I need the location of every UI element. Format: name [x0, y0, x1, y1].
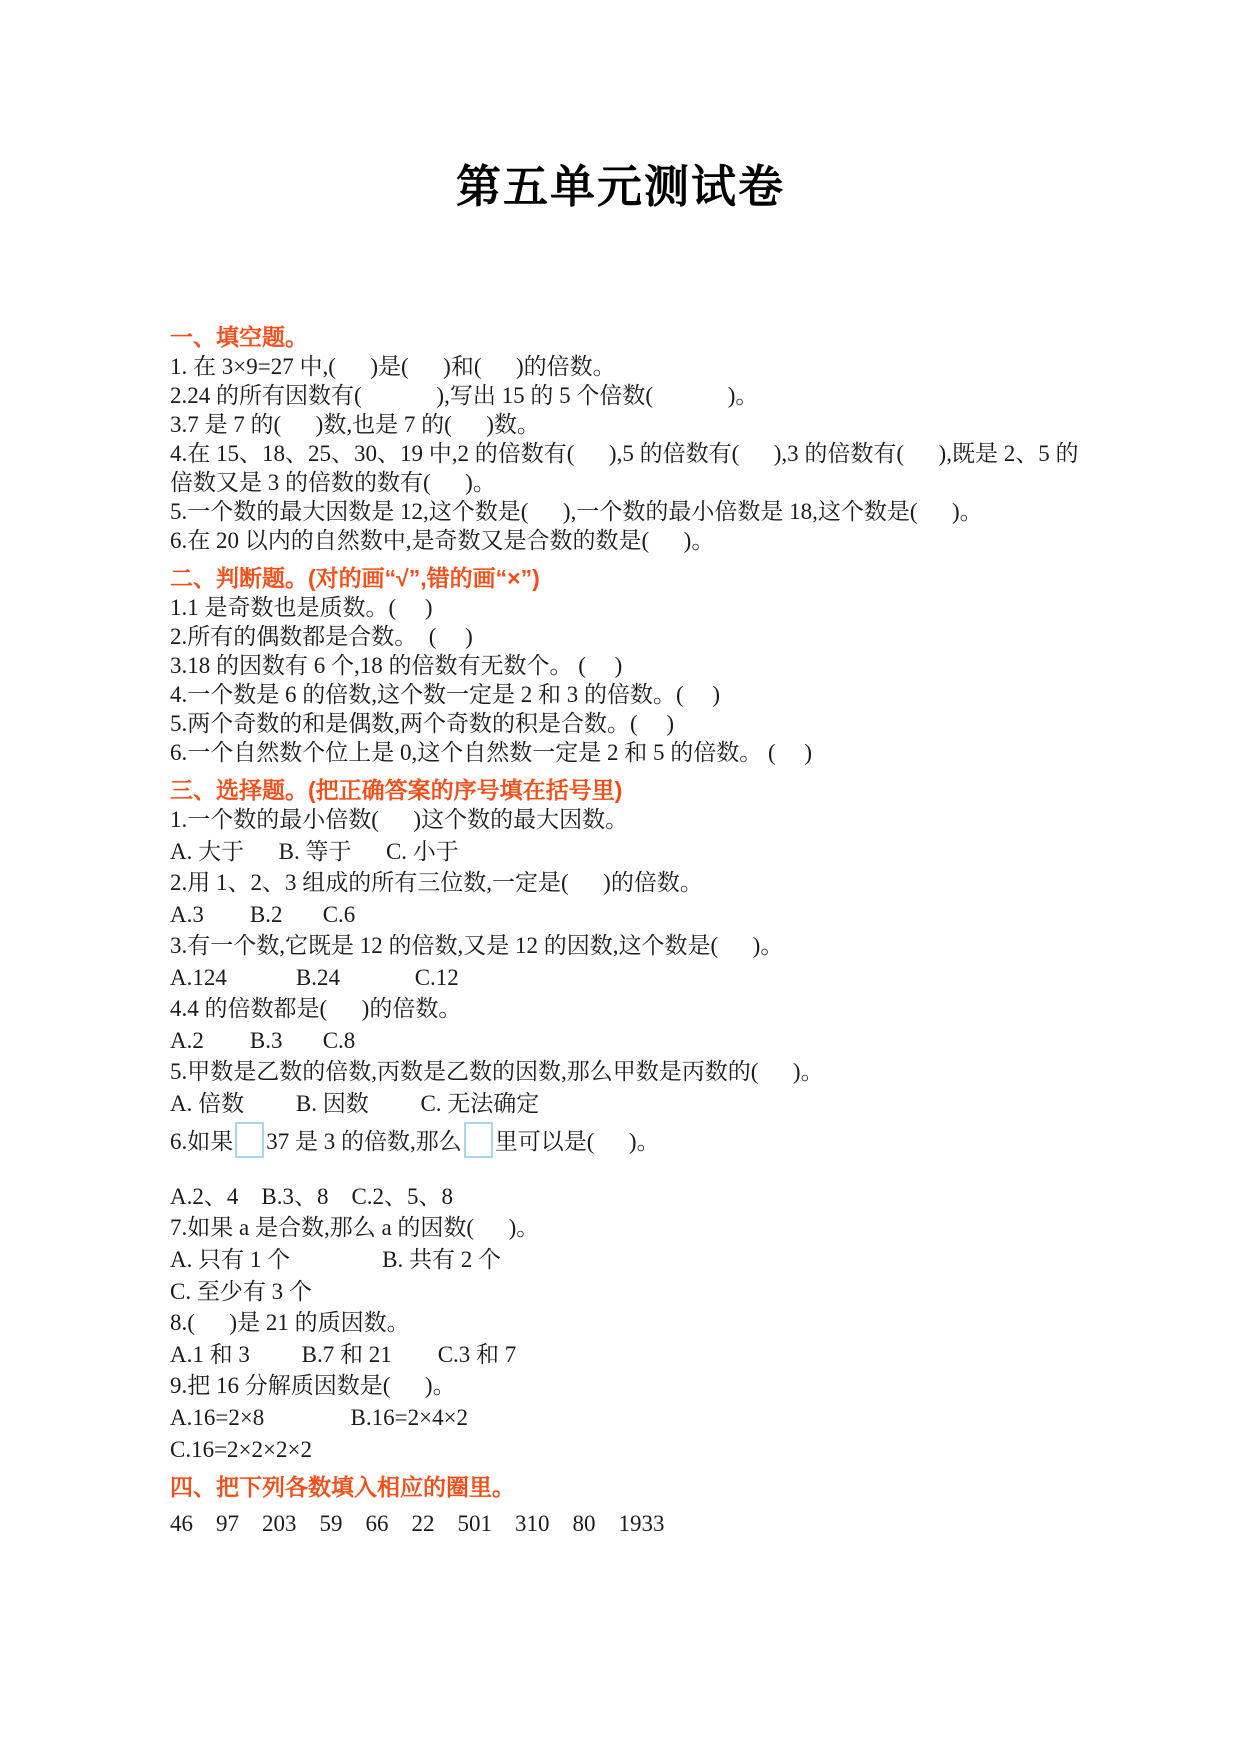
choice-options-9-row-1: A.16=2×8 B.16=2×4×2 [170, 1403, 1091, 1432]
choice-options-3: A.124 B.24 C.12 [170, 963, 1091, 992]
paper-content: 一、填空题。 1. 在 3×9=27 中,( )是( )和( )的倍数。 2.2… [170, 323, 1091, 1538]
choice-options-2: A.3 B.2 C.6 [170, 900, 1091, 929]
test-paper-page: 第五单元测试卷 一、填空题。 1. 在 3×9=27 中,( )是( )和( )… [0, 0, 1241, 1754]
section-heading-sort-numbers: 四、把下列各数填入相应的圈里。 [170, 1473, 1091, 1502]
choice-options-7-row-2: C. 至少有 3 个 [170, 1277, 1091, 1306]
true-false-item-4: 4.一个数是 6 的倍数,这个数一定是 2 和 3 的倍数。( ) [170, 680, 1091, 709]
question-6-text-2: 37 是 3 的倍数,那么 [266, 1129, 462, 1154]
true-false-item-3: 3.18 的因数有 6 个,18 的倍数有无数个。 ( ) [170, 651, 1091, 680]
choice-options-9-row-2: C.16=2×2×2×2 [170, 1435, 1091, 1464]
true-false-item-2: 2.所有的偶数都是合数。 ( ) [170, 622, 1091, 651]
choice-question-6: 6.如果37 是 3 的倍数,那么里可以是( )。 [170, 1122, 1091, 1158]
true-false-item-5: 5.两个奇数的和是偶数,两个奇数的积是合数。( ) [170, 709, 1091, 738]
choice-question-5: 5.甲数是乙数的倍数,丙数是乙数的因数,那么甲数是丙数的( )。 [170, 1057, 1091, 1086]
choice-options-7-row-1: A. 只有 1 个 B. 共有 2 个 [170, 1245, 1091, 1274]
fill-blank-item-1: 1. 在 3×9=27 中,( )是( )和( )的倍数。 [170, 352, 1091, 381]
page-title: 第五单元测试卷 [0, 0, 1241, 215]
fill-blank-item-2: 2.24 的所有因数有( ),写出 15 的 5 个倍数( )。 [170, 381, 1091, 410]
choice-options-5: A. 倍数 B. 因数 C. 无法确定 [170, 1089, 1091, 1118]
section-heading-multiple-choice: 三、选择题。(把正确答案的序号填在括号里) [170, 776, 1091, 805]
fill-blank-item-5: 5.一个数的最大因数是 12,这个数是( ),一个数的最小倍数是 18,这个数是… [170, 497, 1091, 526]
choice-options-4: A.2 B.3 C.8 [170, 1026, 1091, 1055]
section-heading-true-false: 二、判断题。(对的画“√”,错的画“×”) [170, 564, 1091, 593]
blank-box [464, 1122, 493, 1158]
section-true-false: 二、判断题。(对的画“√”,错的画“×”) 1.1 是奇数也是质数。( ) 2.… [170, 564, 1091, 767]
fill-blank-item-6: 6.在 20 以内的自然数中,是奇数又是合数的数是( )。 [170, 526, 1091, 555]
numbers-to-sort: 46 97 203 59 66 22 501 310 80 1933 [170, 1509, 1091, 1538]
question-6-text-3: 里可以是( )。 [495, 1129, 660, 1154]
fill-blank-item-4: 4.在 15、18、25、30、19 中,2 的倍数有( ),5 的倍数有( )… [170, 439, 1091, 497]
section-heading-fill-blanks: 一、填空题。 [170, 323, 1091, 352]
choice-options-6: A.2、4 B.3、8 C.2、5、8 [170, 1182, 1091, 1211]
question-6-text-1: 6.如果 [170, 1129, 233, 1154]
choice-question-9: 9.把 16 分解质因数是( )。 [170, 1371, 1091, 1400]
choice-options-8: A.1 和 3 B.7 和 21 C.3 和 7 [170, 1340, 1091, 1369]
choice-question-3: 3.有一个数,它既是 12 的倍数,又是 12 的因数,这个数是( )。 [170, 931, 1091, 960]
section-sort-numbers: 四、把下列各数填入相应的圈里。 46 97 203 59 66 22 501 3… [170, 1473, 1091, 1538]
choice-question-1: 1.一个数的最小倍数( )这个数的最大因数。 [170, 805, 1091, 834]
section-multiple-choice: 三、选择题。(把正确答案的序号填在括号里) 1.一个数的最小倍数( )这个数的最… [170, 776, 1091, 1464]
blank-box [235, 1122, 264, 1158]
choice-question-2: 2.用 1、2、3 组成的所有三位数,一定是( )的倍数。 [170, 868, 1091, 897]
fill-blank-item-3: 3.7 是 7 的( )数,也是 7 的( )数。 [170, 410, 1091, 439]
choice-question-4: 4.4 的倍数都是( )的倍数。 [170, 994, 1091, 1023]
choice-question-7: 7.如果 a 是合数,那么 a 的因数( )。 [170, 1213, 1091, 1242]
section-fill-blanks: 一、填空题。 1. 在 3×9=27 中,( )是( )和( )的倍数。 2.2… [170, 323, 1091, 555]
choice-question-8: 8.( )是 21 的质因数。 [170, 1308, 1091, 1337]
true-false-item-1: 1.1 是奇数也是质数。( ) [170, 593, 1091, 622]
true-false-item-6: 6.一个自然数个位上是 0,这个自然数一定是 2 和 5 的倍数。 ( ) [170, 738, 1091, 767]
choice-options-1: A. 大于 B. 等于 C. 小于 [170, 837, 1091, 866]
